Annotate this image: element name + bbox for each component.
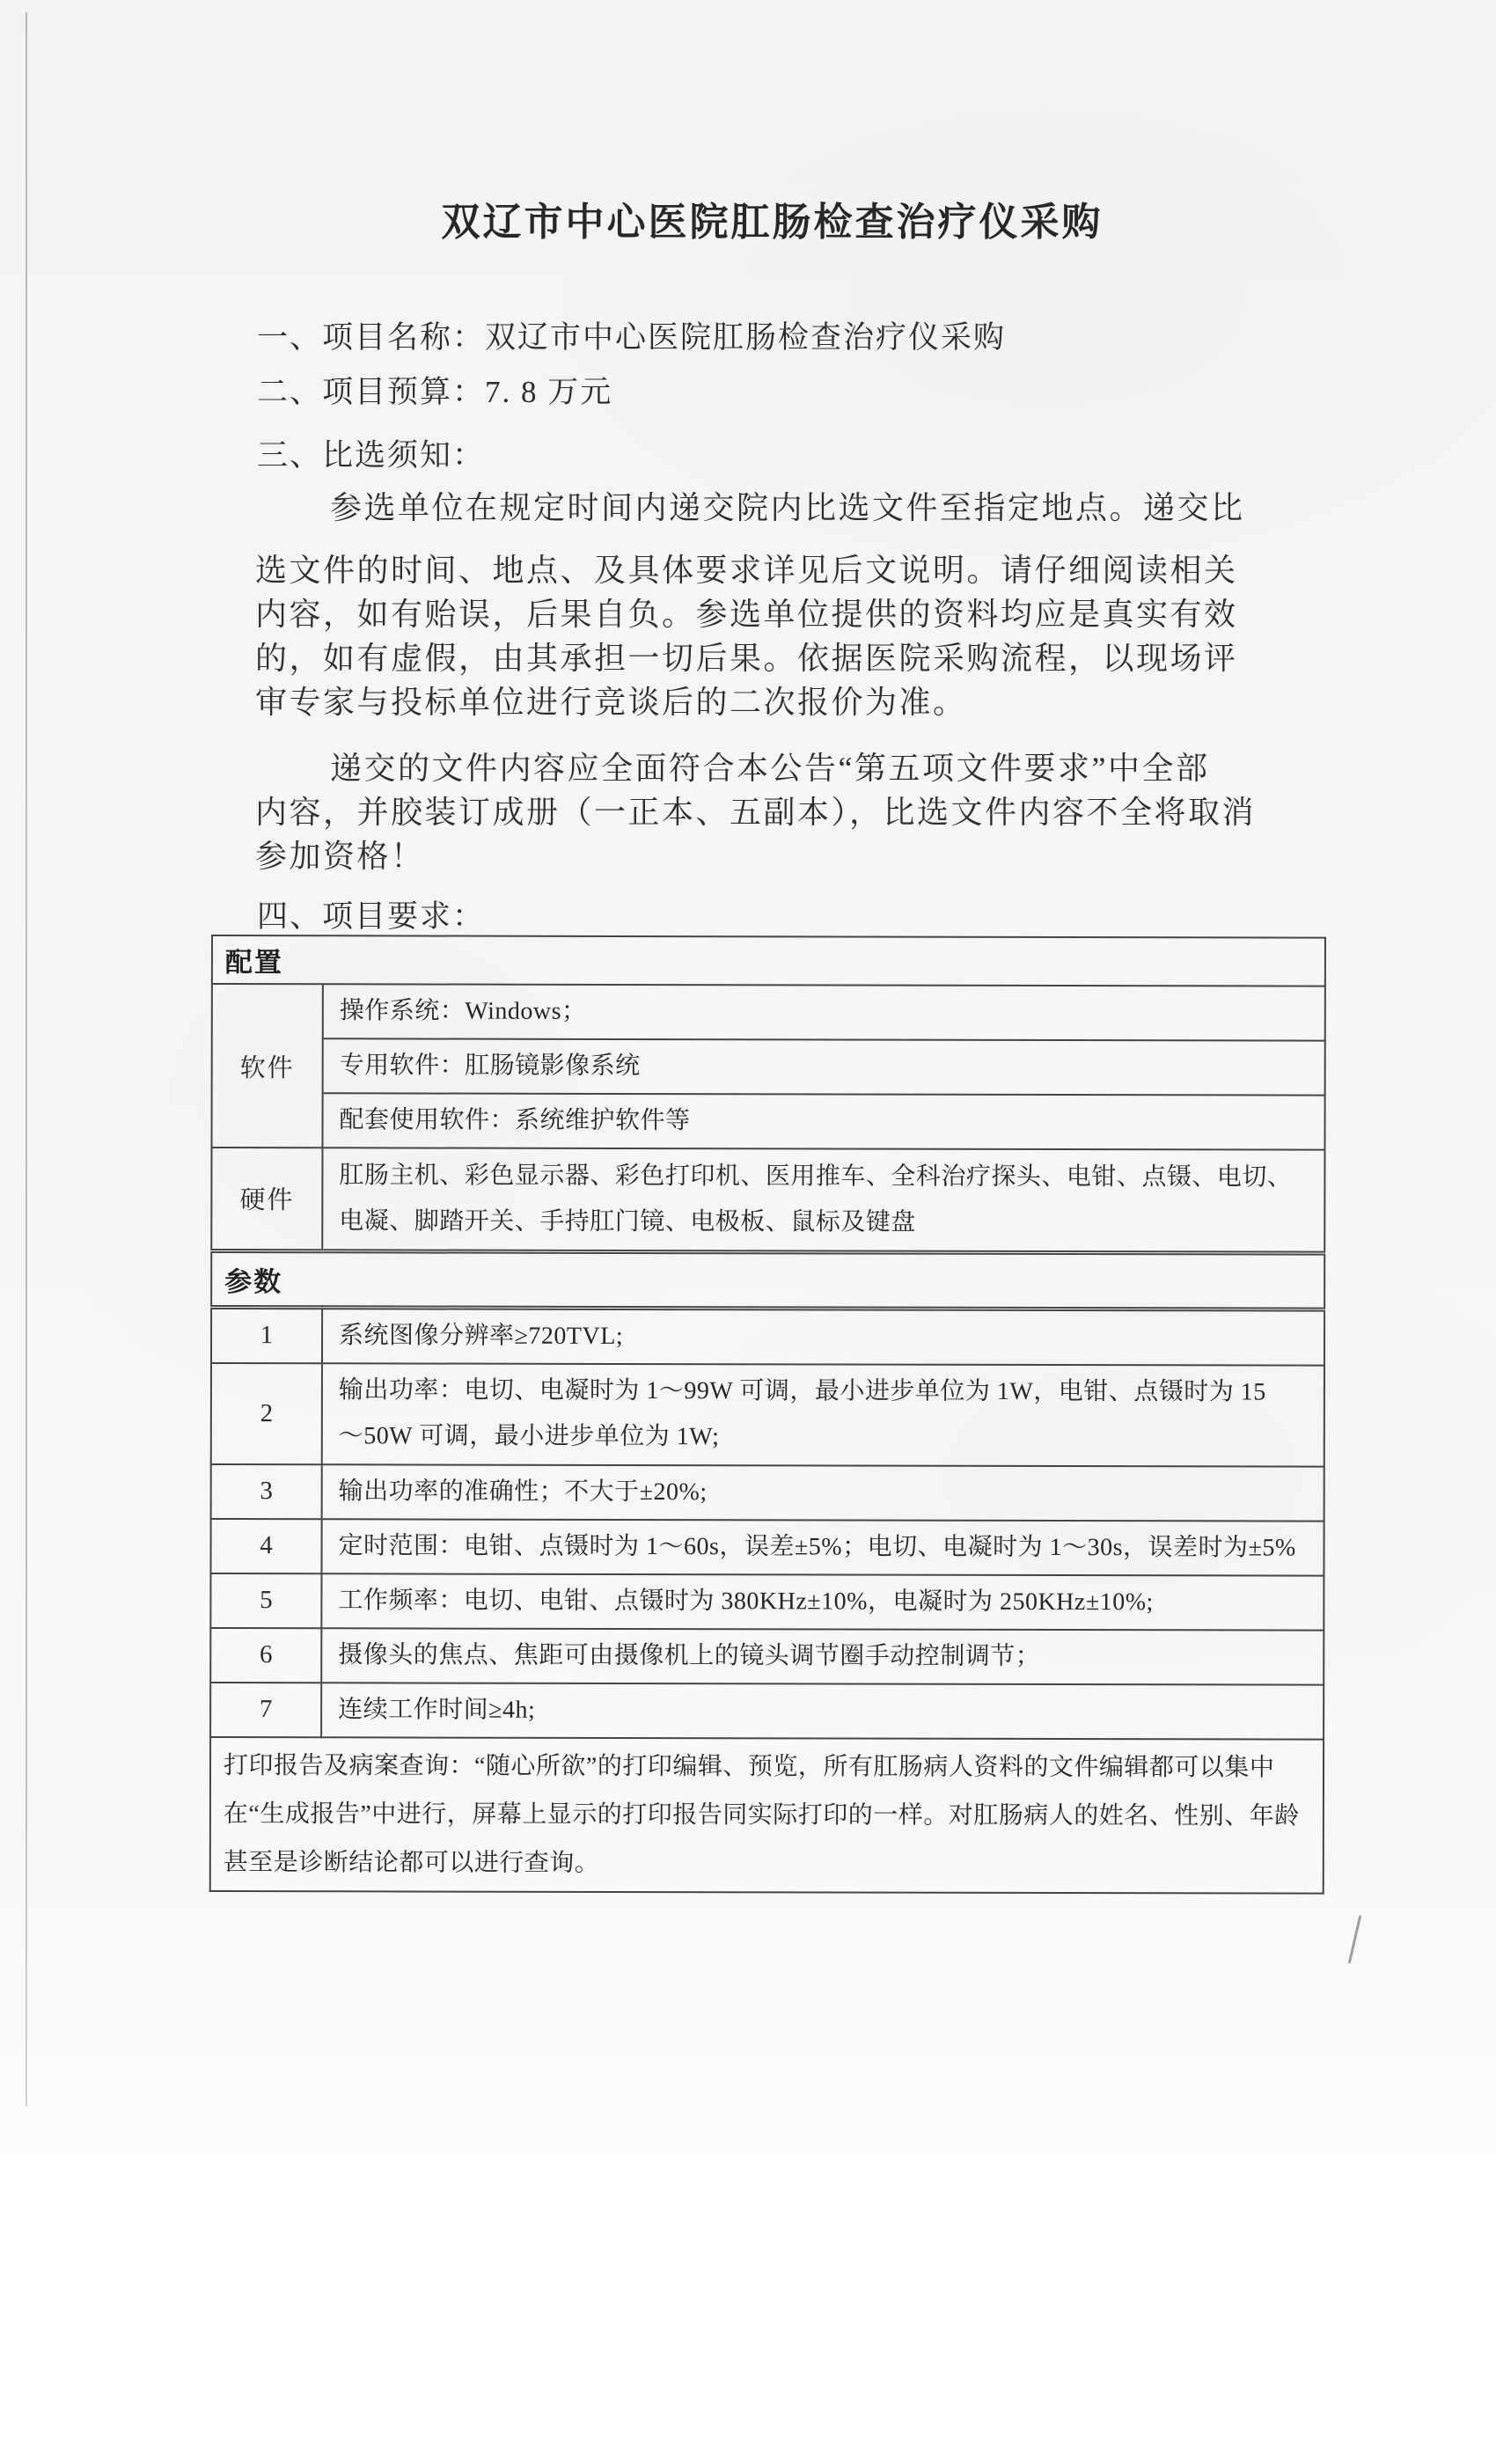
paragraph-line: 参选单位在规定时间内递交院内比选文件至指定地点。递交比 (255, 486, 1298, 530)
param-number: 4 (210, 1519, 321, 1573)
software-dedicated-cell: 专用软件：肛肠镜影像系统 (323, 1038, 1325, 1095)
table-row: 5 工作频率：电切、电钳、点镊时为 380KHz±10%，电凝时为 250KHz… (210, 1573, 1324, 1631)
software-support-cell: 配套使用软件：系统维护软件等 (322, 1093, 1324, 1149)
param-number: 1 (211, 1307, 322, 1363)
paragraph-line: 内容，并胶装订成册（一正本、五副本），比选文件内容不全将取消 (255, 790, 1298, 834)
paragraph-line: 递交的文件内容应全面符合本公告“第五项文件要求”中全部 (255, 746, 1298, 790)
param-text-cell: 系统图像分辨率≥720TVL; (322, 1307, 1324, 1365)
table-row: 1 系统图像分辨率≥720TVL; (211, 1307, 1324, 1365)
param-text-cell: 输出功率的准确性；不大于±20%; (322, 1464, 1324, 1521)
handwritten-slash-mark (1348, 1915, 1362, 1963)
paragraph-line: 的，如有虚假，由其承担一切后果。依据医院采购流程，以现场评 (255, 636, 1298, 680)
paragraph-line: 参加资格！ (255, 834, 1298, 878)
param-text-cell: 连续工作时间≥4h; (321, 1683, 1324, 1739)
table-row: 6 摄像头的焦点、焦距可由摄像机上的镜头调节圈手动控制调节； (210, 1628, 1324, 1685)
table-row: 软件 操作系统：Windows； (212, 984, 1325, 1041)
table-row: 打印报告及病案查询：“随心所欲”的打印编辑、预览，所有肛肠病人资料的文件编辑都可… (210, 1737, 1324, 1894)
params-section-header: 参数 (211, 1250, 1324, 1309)
item-selection-notice: 三、比选须知： (257, 431, 485, 475)
paragraph-line: 内容，如有贻误，后果自负。参选单位提供的资料均应是真实有效 (255, 592, 1298, 636)
table-row: 参数 (211, 1250, 1324, 1309)
item-project-budget: 二、项目预算：7. 8 万元 (257, 368, 612, 412)
item-project-requirements: 四、项目要求： (257, 892, 485, 936)
param-text-cell: 输出功率：电切、电凝时为 1～99W 可调，最小进步单位为 1W，电钳、点镊时为… (322, 1363, 1324, 1466)
table-row: 2 输出功率：电切、电凝时为 1～99W 可调，最小进步单位为 1W，电钳、点镊… (211, 1363, 1324, 1467)
software-label: 软件 (211, 984, 322, 1148)
table-row: 7 连续工作时间≥4h; (210, 1683, 1324, 1740)
paragraph-line: 审专家与投标单位进行竞谈后的二次报价为准。 (255, 680, 1298, 724)
software-os-cell: 操作系统：Windows； (323, 984, 1325, 1040)
requirements-table: 配置 软件 操作系统：Windows； 专用软件：肛肠镜影像系统 配套使用软件：… (209, 935, 1326, 1894)
param-text-cell: 定时范围：电钳、点镊时为 1～60s，误差±5%；电切、电凝时为 1～30s，误… (321, 1519, 1324, 1575)
item-project-name: 一、项目名称：双辽市中心医院肛肠检查治疗仪采购 (257, 313, 1006, 357)
config-section-header: 配置 (212, 935, 1325, 986)
paragraph-line: 选文件的时间、地点、及具体要求详见后文说明。请仔细阅读相关 (255, 548, 1298, 592)
table-row: 专用软件：肛肠镜影像系统 (212, 1038, 1325, 1096)
param-text-cell: 摄像头的焦点、焦距可由摄像机上的镜头调节圈手动控制调节； (321, 1628, 1324, 1684)
table-row: 配套使用软件：系统维护软件等 (211, 1093, 1324, 1150)
table-row: 3 输出功率的准确性；不大于±20%; (211, 1464, 1324, 1522)
param-number: 7 (210, 1683, 321, 1737)
param-text-cell: 工作频率：电切、电钳、点镊时为 380KHz±10%，电凝时为 250KHz±1… (321, 1573, 1324, 1630)
notice-paragraph-2: 递交的文件内容应全面符合本公告“第五项文件要求”中全部 内容，并胶装订成册（一正… (255, 746, 1298, 878)
notice-paragraph-1: 参选单位在规定时间内递交院内比选文件至指定地点。递交比 选文件的时间、地点、及具… (255, 486, 1298, 724)
document-title: 双辽市中心医院肛肠检查治疗仪采购 (255, 190, 1289, 246)
table-row: 硬件 肛肠主机、彩色显示器、彩色打印机、医用推车、全科治疗探头、电钳、点镊、电切… (211, 1148, 1324, 1253)
scan-edge-line (26, 12, 27, 2107)
param-number: 3 (211, 1464, 322, 1519)
param-number: 5 (210, 1573, 321, 1628)
param-number: 2 (211, 1363, 322, 1464)
table-row: 4 定时范围：电钳、点镊时为 1～60s，误差±5%；电切、电凝时为 1～30s… (210, 1519, 1324, 1576)
hardware-label: 硬件 (211, 1148, 322, 1250)
param-number: 6 (210, 1628, 321, 1683)
hardware-list-cell: 肛肠主机、彩色显示器、彩色打印机、医用推车、全科治疗探头、电钳、点镊、电切、电凝… (322, 1148, 1324, 1252)
print-report-note-cell: 打印报告及病案查询：“随心所欲”的打印编辑、预览，所有肛肠病人资料的文件编辑都可… (210, 1737, 1324, 1894)
table-row: 配置 (212, 935, 1325, 986)
